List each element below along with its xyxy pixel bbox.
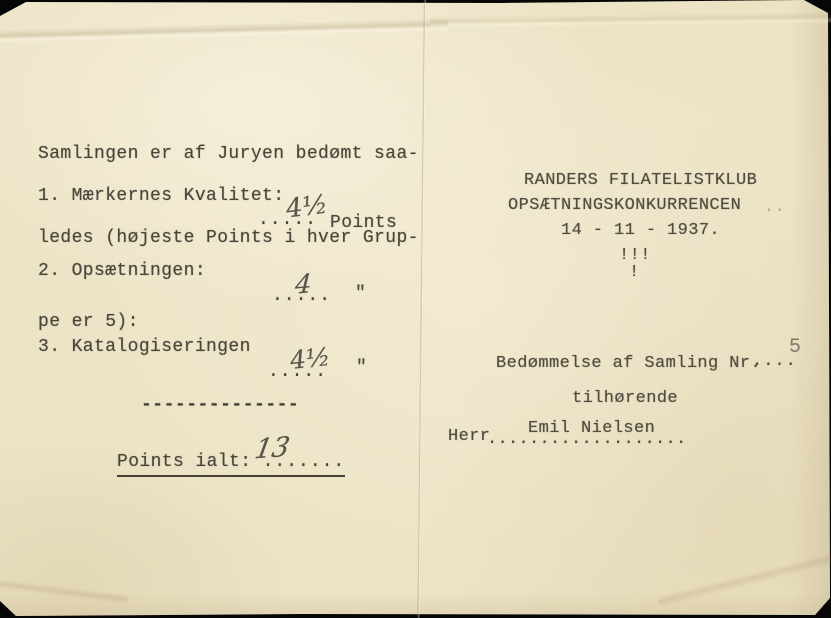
item-2-dotted-line: ..... xyxy=(272,286,331,306)
item-3-label: 3. Katalogiseringen xyxy=(38,337,251,357)
event-date: 14 - 11 - 1937. xyxy=(561,221,720,240)
owner-prefix: Herr xyxy=(448,427,490,446)
item-1-label: 1. Mærkernes Kvalitet: xyxy=(38,186,284,206)
total-row: Points ialt: ....... xyxy=(117,452,345,477)
intro-line-1: Samlingen er af Juryen bedømt saa- xyxy=(38,140,419,168)
owner-name: Emil Nielsen xyxy=(528,419,655,438)
event-ink-smudge: .. xyxy=(764,198,785,217)
separator-dashes: -------------- xyxy=(141,395,299,415)
item-3-dotted-line: ..... xyxy=(268,362,327,382)
total-dotted-line: ....... xyxy=(263,452,346,472)
collection-number: 5 xyxy=(789,336,801,359)
intro-line-3: pe er 5): xyxy=(38,308,419,336)
item-3-unit: " xyxy=(356,358,367,378)
item-1-dotted-line: ..... xyxy=(258,210,317,230)
event-name: OPSÆTNINGSKONKURRENCEN xyxy=(508,196,741,215)
total-label: Points ialt: xyxy=(117,452,251,472)
item-2-label: 2. Opsætningen: xyxy=(38,261,206,281)
exclamation-mark-row2: ! xyxy=(629,263,640,282)
item-2-unit: " xyxy=(355,284,366,304)
club-name: RANDERS FILATELISTKLUB xyxy=(524,171,757,190)
item-1-unit: Points xyxy=(330,213,397,233)
belonging-label: tilhørende xyxy=(572,389,678,408)
assessment-label: Bedømmelse af Samling Nr. xyxy=(496,354,761,373)
scanned-document: Samlingen er af Juryen bedømt saa- ledes… xyxy=(0,0,831,618)
